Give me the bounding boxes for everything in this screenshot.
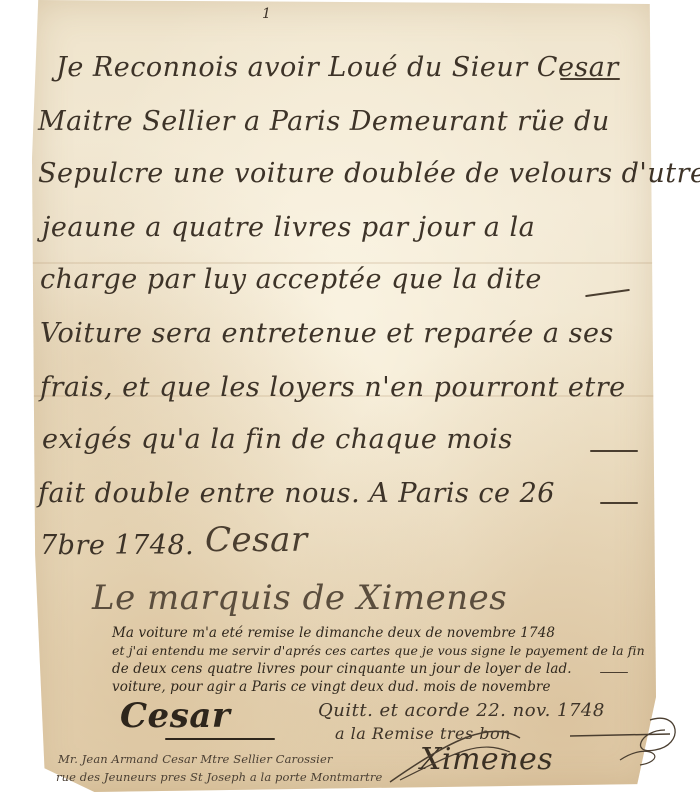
signature-underline xyxy=(165,738,275,740)
body-line-3: Sepulcre une voiture doublée de velours … xyxy=(38,158,700,189)
receipt-line-2: et j'ai entendu me servir d'aprés ces ca… xyxy=(112,643,645,658)
body-line-1: Je Reconnois avoir Loué du Sieur Cesar xyxy=(56,52,619,83)
body-line-7: frais, et que les loyers n'en pourront e… xyxy=(40,372,626,403)
body-line-4: jeaune a quatre livres par jour a la xyxy=(42,212,535,243)
page-number: 1 xyxy=(262,6,271,22)
paraph-flourish-icon xyxy=(370,700,690,790)
line-end-dash xyxy=(590,450,638,452)
body-line-10-date: 7bre 1748. xyxy=(40,530,194,561)
address-line-2: rue des Jeuneurs pres St Joseph a la por… xyxy=(56,770,382,784)
signature-cesar-1: Cesar xyxy=(205,520,308,560)
line-end-dash xyxy=(600,672,628,673)
body-line-9: fait double entre nous. A Paris ce 26 xyxy=(38,478,555,509)
receipt-line-1: Ma voiture m'a eté remise le dimanche de… xyxy=(112,625,555,641)
line-end-dash xyxy=(600,502,638,504)
body-line-8: exigés qu'a la fin de chaque mois xyxy=(42,424,513,455)
receipt-line-3: de deux cens quatre livres pour cinquant… xyxy=(112,661,572,677)
page: 1 Je Reconnois avoir Loué du Sieur Cesar… xyxy=(0,0,700,800)
signature-cesar-2: Cesar xyxy=(120,696,230,736)
body-line-2: Maitre Sellier a Paris Demeurant rüe du xyxy=(38,106,610,137)
body-line-5: charge par luy acceptée que la dite xyxy=(40,264,542,295)
address-line-1: Mr. Jean Armand Cesar Mtre Sellier Caros… xyxy=(58,752,332,766)
signature-marquis-de-ximenes: Le marquis de Ximenes xyxy=(92,578,507,618)
line-end-dash xyxy=(560,78,620,80)
receipt-line-4: voiture, pour agir a Paris ce vingt deux… xyxy=(112,679,551,695)
body-line-6: Voiture sera entretenue et reparée a ses xyxy=(40,318,614,349)
